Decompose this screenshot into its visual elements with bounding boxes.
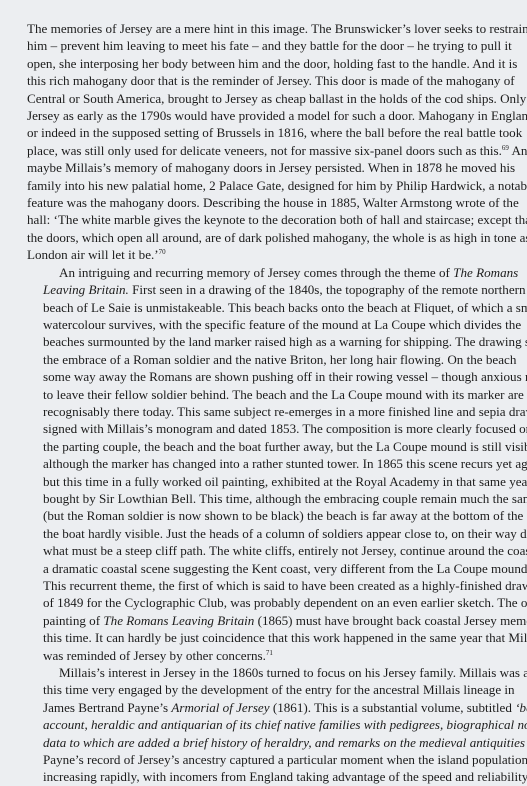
italic-text: account, heraldic and antiquarian of its… — [43, 717, 527, 723]
text-line: recognisably there today. This same subj… — [27, 403, 503, 420]
text-line: a dramatic coastal scene suggesting the … — [27, 560, 503, 577]
text-segment: him – prevent him leaving to meet his fa… — [27, 38, 512, 53]
text-line: This recurrent theme, the first of which… — [27, 577, 503, 594]
text-segment: family into his new palatial home, 2 Pal… — [27, 178, 527, 193]
text-line: feature was the mahogany doors. Describi… — [27, 194, 503, 211]
text-line: was reminded of Jersey by other concerns… — [27, 647, 503, 664]
text-segment: beach of Le Saie is unmistakeable. This … — [43, 300, 527, 315]
text-segment: to leave their fellow soldier behind. Th… — [43, 387, 527, 402]
text-segment: the parting couple, the beach and the bo… — [43, 439, 527, 454]
text-segment: the embrace of a Roman soldier and the n… — [43, 352, 516, 367]
text-segment: maybe Millais’s memory of mahogany doors… — [27, 160, 515, 175]
text-segment: but this time in a fully worked oil pain… — [43, 474, 527, 489]
document-page: The memories of Jersey are a mere hint i… — [27, 20, 503, 723]
text-line: him – prevent him leaving to meet his fa… — [27, 37, 503, 54]
text-line: An intriguing and recurring memory of Je… — [27, 264, 503, 281]
text-segment: open, she interposing her body between h… — [27, 56, 517, 71]
text-segment: a dramatic coastal scene suggesting the … — [43, 561, 527, 576]
text-line: bought by Sir Lowthian Bell. This time, … — [27, 490, 503, 507]
text-line: hall: ‘The white marble gives the keynot… — [27, 211, 503, 228]
text-line: some way away the Romans are shown pushi… — [27, 368, 503, 385]
text-segment: (1865) must have brought back coastal Je… — [254, 613, 527, 628]
text-segment: was reminded of Jersey by other concerns… — [43, 648, 266, 663]
text-segment: feature was the mahogany doors. Describi… — [27, 195, 519, 210]
paragraph: The memories of Jersey are a mere hint i… — [27, 20, 503, 264]
italic-text: The Romans — [453, 265, 518, 280]
text-segment: recognisably there today. This same subj… — [43, 404, 527, 419]
text-segment: this time very engaged by the developmen… — [43, 682, 515, 697]
text-segment: this rich mahogany door that is the remi… — [27, 73, 515, 88]
text-segment: (but the Roman soldier is now shown to b… — [43, 508, 527, 523]
text-segment: Jersey as early as the 1790s would have … — [27, 108, 527, 123]
text-line: the parting couple, the beach and the bo… — [27, 438, 503, 455]
text-segment: place, was still only used for delicate … — [27, 143, 502, 158]
text-line: The memories of Jersey are a mere hint i… — [27, 20, 503, 37]
text-line: the boat hardly visible. Just the heads … — [27, 525, 503, 542]
text-line: maybe Millais’s memory of mahogany doors… — [27, 159, 503, 176]
text-segment: Millais’s interest in Jersey in the 1860… — [59, 665, 527, 680]
text-line: this time very engaged by the developmen… — [27, 681, 503, 698]
italic-text: The Romans Leaving Britain — [103, 613, 254, 628]
italic-text: Leaving Britain. — [43, 282, 129, 297]
text-line: Millais’s interest in Jersey in the 1860… — [27, 664, 503, 681]
text-segment: the doors, which open all around, are of… — [27, 230, 527, 245]
text-segment: James Bertrand Payne’s — [43, 700, 171, 715]
text-line: Leaving Britain. First seen in a drawing… — [27, 281, 503, 298]
text-segment: some way away the Romans are shown pushi… — [43, 369, 527, 384]
text-line: this rich mahogany door that is the remi… — [27, 72, 503, 89]
text-line: family into his new palatial home, 2 Pal… — [27, 177, 503, 194]
text-line: account, heraldic and antiquarian of its… — [27, 716, 503, 723]
text-line: this time. It can hardly be just coincid… — [27, 629, 503, 646]
text-segment: although the marker has changed into a r… — [43, 456, 527, 471]
text-segment: And — [509, 143, 527, 158]
italic-text: ‘being an — [515, 700, 527, 715]
text-segment: This recurrent theme, the first of which… — [43, 578, 527, 593]
text-line: what must be a steep cliff path. The whi… — [27, 542, 503, 559]
text-segment: what must be a steep cliff path. The whi… — [43, 543, 527, 558]
text-segment: this time. It can hardly be just coincid… — [43, 630, 527, 645]
text-segment: First seen in a drawing of the 1840s, th… — [129, 282, 526, 297]
text-segment: London air will let it be.’ — [27, 247, 159, 262]
text-line: (but the Roman soldier is now shown to b… — [27, 507, 503, 524]
text-line: although the marker has changed into a r… — [27, 455, 503, 472]
text-segment: hall: ‘The white marble gives the keynot… — [27, 212, 527, 227]
footnote-marker: 69 — [502, 144, 509, 152]
text-segment: painting of — [43, 613, 103, 628]
text-segment: signed with Millais’s monogram and dated… — [43, 421, 527, 436]
text-segment: or indeed in the supposed setting of Bru… — [27, 125, 522, 140]
text-line: the embrace of a Roman soldier and the n… — [27, 351, 503, 368]
text-segment: The memories of Jersey are a mere hint i… — [27, 21, 527, 36]
text-segment: the boat hardly visible. Just the heads … — [43, 526, 527, 541]
text-line: the doors, which open all around, are of… — [27, 229, 503, 246]
text-segment: An intriguing and recurring memory of Je… — [59, 265, 453, 280]
text-line: watercolour survives, with the specific … — [27, 316, 503, 333]
text-segment: (1861). This is a substantial volume, su… — [270, 700, 516, 715]
text-line: place, was still only used for delicate … — [27, 142, 503, 159]
footnote-marker: 70 — [159, 248, 166, 256]
paragraph: Millais’s interest in Jersey in the 1860… — [27, 664, 503, 723]
text-line: open, she interposing her body between h… — [27, 55, 503, 72]
text-line: painting of The Romans Leaving Britain (… — [27, 612, 503, 629]
text-segment: Central or South America, brought to Jer… — [27, 91, 526, 106]
text-line: beaches surmounted by the land marker ra… — [27, 333, 503, 350]
text-line: Central or South America, brought to Jer… — [27, 90, 503, 107]
text-line: London air will let it be.’70 — [27, 246, 503, 263]
text-line: signed with Millais’s monogram and dated… — [27, 420, 503, 437]
text-segment: beaches surmounted by the land marker ra… — [43, 334, 527, 349]
text-segment: of 1849 for the Cyclographic Club, was p… — [43, 595, 527, 610]
text-segment: bought by Sir Lowthian Bell. This time, … — [43, 491, 527, 506]
text-line: Jersey as early as the 1790s would have … — [27, 107, 503, 124]
footnote-marker: 71 — [266, 649, 273, 657]
text-segment: watercolour survives, with the specific … — [43, 317, 521, 332]
text-line: beach of Le Saie is unmistakeable. This … — [27, 299, 503, 316]
text-line: of 1849 for the Cyclographic Club, was p… — [27, 594, 503, 611]
text-line: to leave their fellow soldier behind. Th… — [27, 386, 503, 403]
text-line: or indeed in the supposed setting of Bru… — [27, 124, 503, 141]
italic-text: Armorial of Jersey — [171, 700, 269, 715]
paragraph: An intriguing and recurring memory of Je… — [27, 264, 503, 664]
text-line: James Bertrand Payne’s Armorial of Jerse… — [27, 699, 503, 716]
text-line: but this time in a fully worked oil pain… — [27, 473, 503, 490]
